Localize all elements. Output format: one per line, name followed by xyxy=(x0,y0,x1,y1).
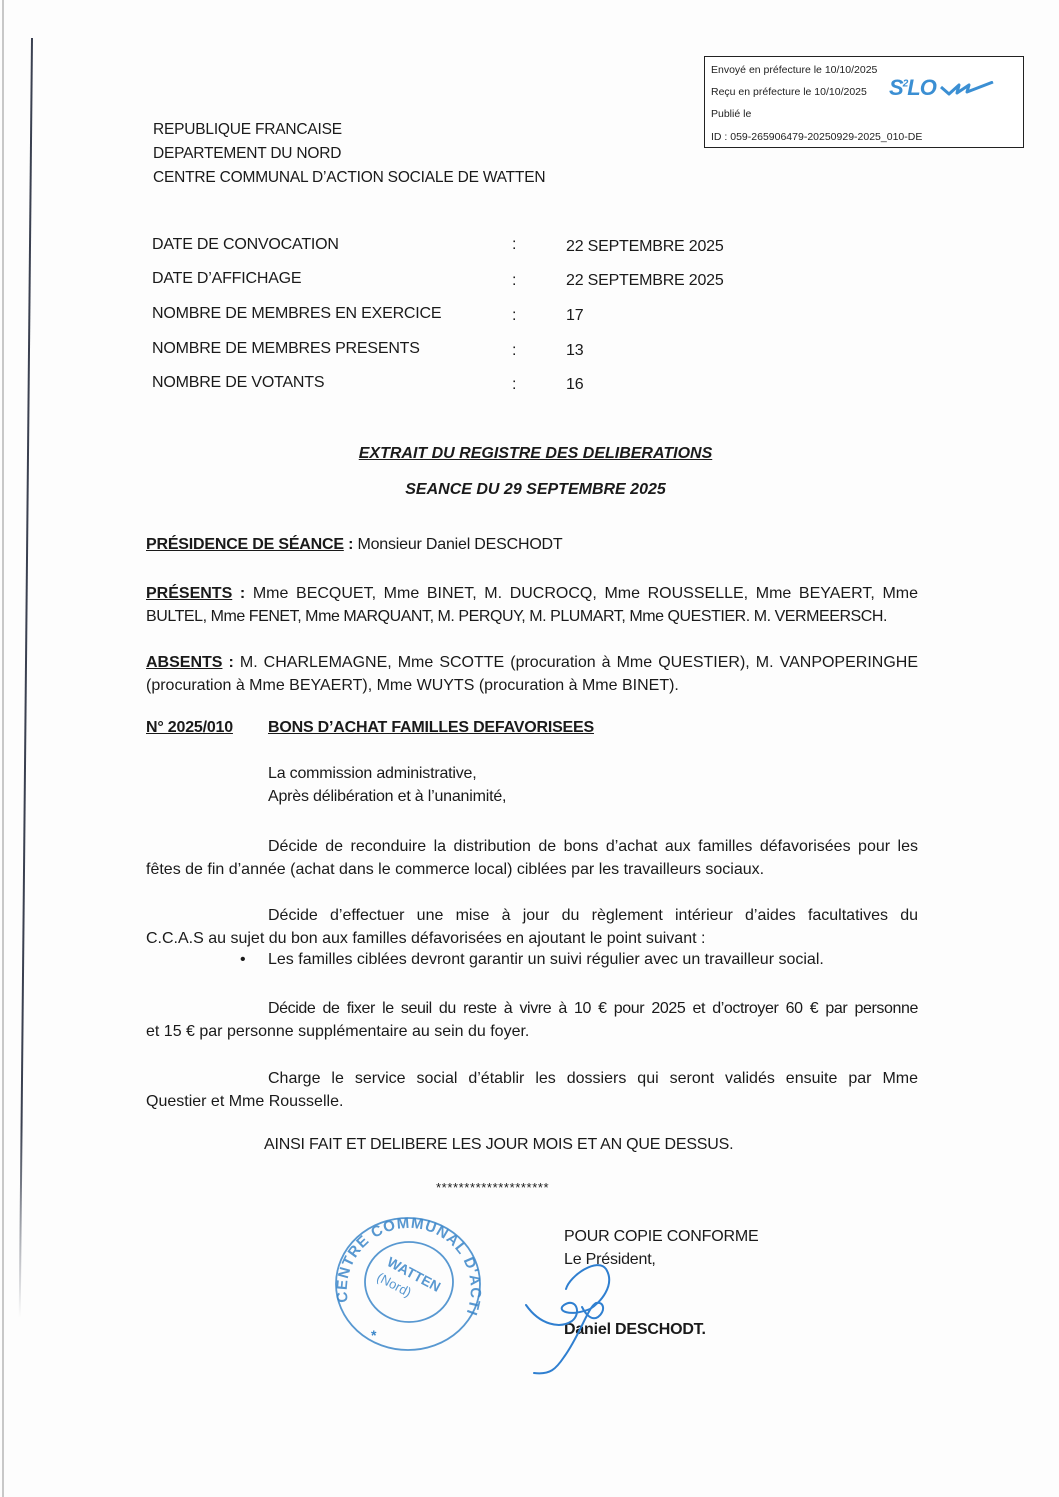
stars-separator: ******************** xyxy=(436,1180,549,1195)
presidence-line: PRÉSIDENCE DE SÉANCE : Monsieur Daniel D… xyxy=(146,536,563,554)
stamp-star-icon: * xyxy=(371,1327,377,1343)
decision-paragraph-3: Décide de fixer le seuil du reste à vivr… xyxy=(146,997,918,1043)
s2lo-logo: S2LO xyxy=(889,75,936,101)
prefecture-receipt-box: Envoyé en préfecture le 10/10/2025 Reçu … xyxy=(704,56,1024,148)
presidence-value: Monsieur Daniel DESCHODT xyxy=(357,536,562,553)
scan-edge xyxy=(2,0,4,1497)
decision-paragraph-4: Charge le service social d’établir les d… xyxy=(146,1067,918,1113)
presents-line1: PRÉSENTS : Mme BECQUET, Mme BINET, M. DU… xyxy=(146,582,918,605)
meta-value: 22 SEPTEMBRE 2025 xyxy=(566,272,724,290)
signature xyxy=(520,1245,640,1390)
intro-commission: La commission administrative, xyxy=(268,765,477,783)
presents-sep: : xyxy=(232,585,253,602)
extract-title: EXTRAIT DU REGISTRE DES DELIBERATIONS xyxy=(6,445,1059,463)
meta-value: 17 xyxy=(566,307,583,325)
scan-artifact-line xyxy=(19,38,33,1318)
meta-label: NOMBRE DE VOTANTS xyxy=(152,374,324,392)
closing-statement: AINSI FAIT ET DELIBERE LES JOUR MOIS ET … xyxy=(264,1136,733,1154)
prefecture-id: ID : 059-265906479-20250929-2025_010-DE xyxy=(711,131,922,143)
meta-value: 13 xyxy=(566,342,583,360)
p2-line2: C.C.A.S au sujet du bon aux familles déf… xyxy=(146,927,918,950)
stamp-seal-icon: CENTRE COMMUNAL D'ACTION SOCIALE WATTEN … xyxy=(326,1210,496,1358)
copy-conforme: POUR COPIE CONFORME xyxy=(564,1228,758,1246)
meta-label: NOMBRE DE MEMBRES EN EXERCICE xyxy=(152,305,441,323)
header-ccas: CENTRE COMMUNAL D’ACTION SOCIALE DE WATT… xyxy=(153,169,545,187)
meta-label: NOMBRE DE MEMBRES PRESENTS xyxy=(152,340,420,358)
header-department: DEPARTEMENT DU NORD xyxy=(153,145,341,163)
meta-colon: : xyxy=(512,376,516,394)
p4-line2: Questier et Mme Rousselle. xyxy=(146,1090,918,1113)
meta-label: DATE D’AFFICHAGE xyxy=(152,270,301,288)
header-republic: REPUBLIQUE FRANCAISE xyxy=(153,121,342,139)
p4-line1: Charge le service social d’établir les d… xyxy=(146,1067,918,1090)
absents-paragraph: ABSENTS : M. CHARLEMAGNE, Mme SCOTTE (pr… xyxy=(146,651,918,697)
deliberation-subject: BONS D’ACHAT FAMILLES DEFAVORISEES xyxy=(268,719,594,737)
s2lo-checkmark-icon xyxy=(939,81,995,97)
bullet-text: Les familles ciblées devront garantir un… xyxy=(268,951,824,969)
prefecture-received: Reçu en préfecture le 10/10/2025 xyxy=(711,86,867,98)
meta-colon: : xyxy=(512,236,516,254)
s2lo-logo-s: S xyxy=(889,75,903,100)
prefecture-sent: Envoyé en préfecture le 10/10/2025 xyxy=(711,64,877,76)
p1-line2: fêtes de fin d’année (achat dans le comm… xyxy=(146,858,918,881)
p1-line1: Décide de reconduire la distribution de … xyxy=(146,835,918,858)
presents-text1: Mme BECQUET, Mme BINET, M. DUCROCQ, Mme … xyxy=(253,585,918,602)
absents-sep: : xyxy=(222,654,239,671)
p3-line1: Décide de fixer le seuil du reste à vivr… xyxy=(146,997,918,1020)
meta-colon: : xyxy=(512,342,516,360)
absents-line2: (procuration à Mme BEYAERT), Mme WUYTS (… xyxy=(146,674,918,697)
presidence-label: PRÉSIDENCE DE SÉANCE xyxy=(146,536,344,553)
p3-line2: et 15 € par personne supplémentaire au s… xyxy=(146,1020,918,1043)
meta-label: DATE DE CONVOCATION xyxy=(152,236,339,254)
p2-line1: Décide d’effectuer une mise à jour du rè… xyxy=(146,904,918,927)
meta-colon: : xyxy=(512,272,516,290)
decision-paragraph-2: Décide d’effectuer une mise à jour du rè… xyxy=(146,904,918,950)
meta-colon: : xyxy=(512,307,516,325)
bullet-dot-icon: • xyxy=(240,951,246,969)
absents-text1: M. CHARLEMAGNE, Mme SCOTTE (procuration … xyxy=(240,654,918,671)
absents-line1: ABSENTS : M. CHARLEMAGNE, Mme SCOTTE (pr… xyxy=(146,651,918,674)
s2lo-logo-lo: LO xyxy=(907,75,936,100)
intro-unanimity: Après délibération et à l’unanimité, xyxy=(268,788,506,806)
presidence-sep: : xyxy=(344,536,358,553)
meta-value: 16 xyxy=(566,376,583,394)
session-title: SEANCE DU 29 SEPTEMBRE 2025 xyxy=(6,481,1059,499)
meta-value: 22 SEPTEMBRE 2025 xyxy=(566,238,724,256)
deliberation-number: N° 2025/010 xyxy=(146,719,233,737)
decision-paragraph-1: Décide de reconduire la distribution de … xyxy=(146,835,918,881)
official-stamp: CENTRE COMMUNAL D'ACTION SOCIALE WATTEN … xyxy=(326,1210,496,1358)
presents-label: PRÉSENTS xyxy=(146,585,232,602)
handwritten-signature-icon xyxy=(520,1245,640,1385)
presents-line2: BULTEL, Mme FENET, Mme MARQUANT, M. PERQ… xyxy=(146,605,918,628)
absents-label: ABSENTS xyxy=(146,654,222,671)
prefecture-published: Publié le xyxy=(711,108,751,120)
presents-paragraph: PRÉSENTS : Mme BECQUET, Mme BINET, M. DU… xyxy=(146,582,918,628)
